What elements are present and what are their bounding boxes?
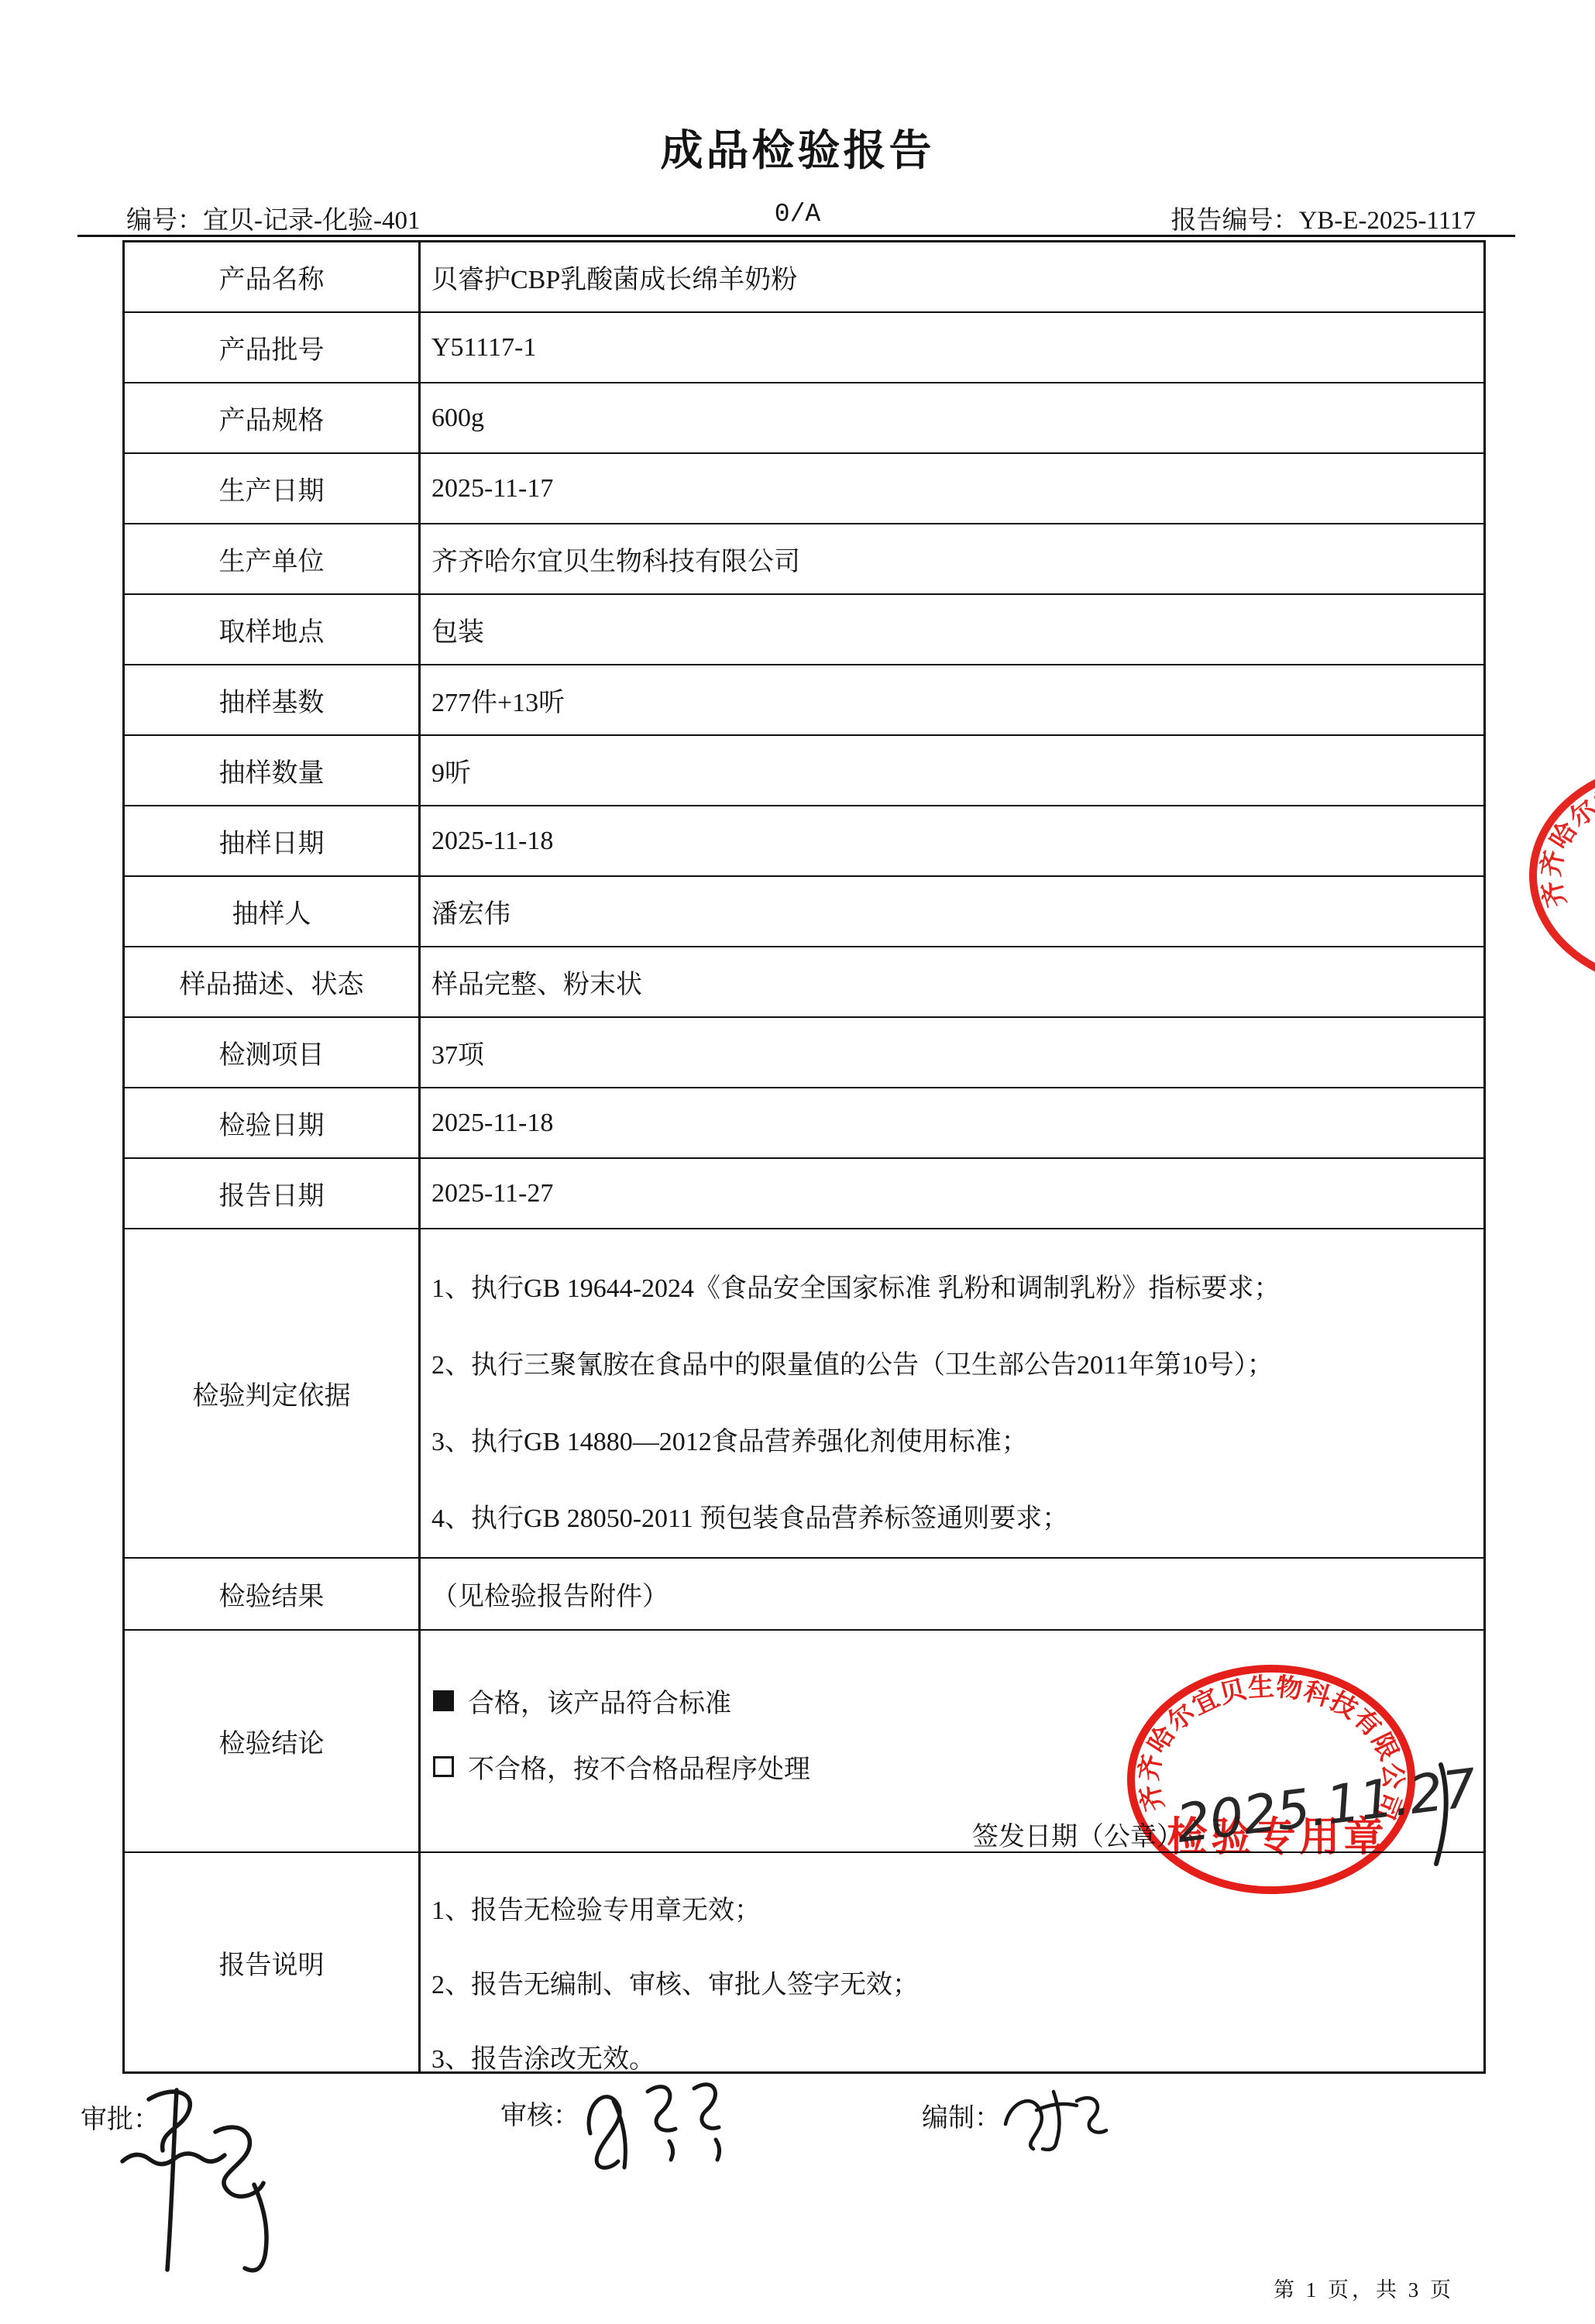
row-label: 抽样人 [125,877,421,946]
row-label: 取样地点 [125,595,421,664]
row-label: 产品规格 [125,383,421,452]
conclusion-option-fail: 不合格，按不合格品程序处理 [433,1748,810,1786]
note-item: 2、报告无编制、审核、审批人签字无效； [431,1963,919,2001]
row-value: 潘宏伟 [421,877,1483,946]
handwritten-date-text: 2025.11.27 [1173,1758,1478,1855]
option-text: 不合格，按不合格品程序处理 [468,1748,810,1786]
header-divider [77,235,1515,237]
table-row: 取样地点 包装 [125,595,1483,665]
conclusion-option-pass: 合格，该产品符合标准 [433,1682,731,1720]
review-label: 审核： [500,2094,579,2132]
row-label: 生产日期 [125,454,421,523]
table-row: 报告日期 2025-11-27 [125,1159,1483,1229]
table-row: 检测项目 37项 [125,1018,1483,1088]
note-item: 3、报告涂改无效。 [431,2037,655,2075]
table-row: 样品描述、状态 样品完整、粉末状 [125,947,1483,1018]
table-row: 抽样数量 9听 [125,736,1483,806]
row-label: 抽样日期 [125,806,421,875]
prepare-signature [993,2081,1117,2154]
row-value: 37项 [421,1018,1483,1087]
result-value: （见检验报告附件） [421,1559,1483,1629]
review-signature [573,2073,751,2174]
table-row: 抽样日期 2025-11-18 [125,806,1483,877]
table-row: 产品批号 Y51117-1 [125,313,1483,383]
prepare-label: 编制： [922,2096,1001,2134]
judgment-item: 2、执行三聚氰胺在食品中的限量值的公告（卫生部公告2011年第10号）； [431,1343,1274,1381]
table-row: 抽样基数 277件+13听 [125,665,1483,736]
row-value: 齐齐哈尔宜贝生物科技有限公司 [421,524,1483,593]
inspection-report-page: 成品检验报告 编号：宜贝-记录-化验-401 0/A 报告编号：YB-E-202… [0,0,1595,2324]
row-label: 抽样数量 [125,736,421,805]
option-text: 合格，该产品符合标准 [468,1682,731,1720]
table-row: 生产日期 2025-11-17 [125,454,1483,524]
row-label: 抽样基数 [125,665,421,734]
row-value: 9听 [421,736,1483,805]
row-label: 报告日期 [125,1159,421,1228]
row-label: 样品描述、状态 [125,947,421,1016]
row-value: 包装 [421,595,1483,664]
edge-partial-stamp: 齐齐哈尔宜贝生物科技有限公司 [1526,759,1595,992]
row-value: 贝睿护CBP乳酸菌成长绵羊奶粉 [421,242,1483,311]
row-value: 2025-11-18 [421,806,1483,875]
judgment-item: 3、执行GB 14880—2012食品营养强化剂使用标准； [431,1420,1028,1458]
checkbox-checked-icon [433,1690,454,1711]
row-label: 检验结论 [125,1631,421,1851]
row-label: 检测项目 [125,1018,421,1087]
handwritten-issue-date: 2025.11.27 [1168,1734,1478,1904]
row-label: 检验结果 [125,1559,421,1629]
row-value: 2025-11-17 [421,454,1483,523]
revision-code: 0/A [775,200,820,229]
row-label: 检验日期 [125,1088,421,1157]
page-number: 第 1 页，共 3 页 [1274,2273,1454,2303]
row-value: 277件+13听 [421,665,1483,734]
approve-signature [101,2082,287,2276]
row-label: 产品批号 [125,313,421,382]
meta-row: 编号：宜贝-记录-化验-401 0/A 报告编号：YB-E-2025-1117 [0,200,1595,232]
judgment-item: 4、执行GB 28050-2011 预包装食品营养标签通则要求； [431,1497,1068,1535]
judgment-items: 1、执行GB 19644-2024《食品安全国家标准 乳粉和调制乳粉》指标要求；… [421,1229,1483,1557]
table-row: 抽样人 潘宏伟 [125,877,1483,947]
row-value: 600g [421,383,1483,452]
row-label: 检验判定依据 [125,1229,421,1557]
table-row: 生产单位 齐齐哈尔宜贝生物科技有限公司 [125,524,1483,595]
row-value: 2025-11-18 [421,1088,1483,1157]
note-item: 1、报告无检验专用章无效； [431,1889,761,1927]
row-label: 生产单位 [125,524,421,593]
row-label: 产品名称 [125,242,421,311]
result-row: 检验结果 （见检验报告附件） [125,1559,1483,1631]
checkbox-unchecked-icon [433,1756,454,1777]
row-value: 样品完整、粉末状 [421,947,1483,1016]
report-number: 报告编号：YB-E-2025-1117 [1170,200,1476,236]
table-row: 产品名称 贝睿护CBP乳酸菌成长绵羊奶粉 [125,242,1483,313]
row-value: Y51117-1 [421,313,1483,382]
table-row: 产品规格 600g [125,383,1483,454]
table-row: 检验日期 2025-11-18 [125,1088,1483,1159]
judgment-basis-row: 检验判定依据 1、执行GB 19644-2024《食品安全国家标准 乳粉和调制乳… [125,1229,1483,1559]
row-value: 2025-11-27 [421,1159,1483,1228]
page-title: 成品检验报告 [0,116,1595,177]
document-number: 编号：宜贝-记录-化验-401 [126,200,420,236]
row-label: 报告说明 [125,1853,421,2071]
judgment-item: 1、执行GB 19644-2024《食品安全国家标准 乳粉和调制乳粉》指标要求； [431,1267,1280,1305]
